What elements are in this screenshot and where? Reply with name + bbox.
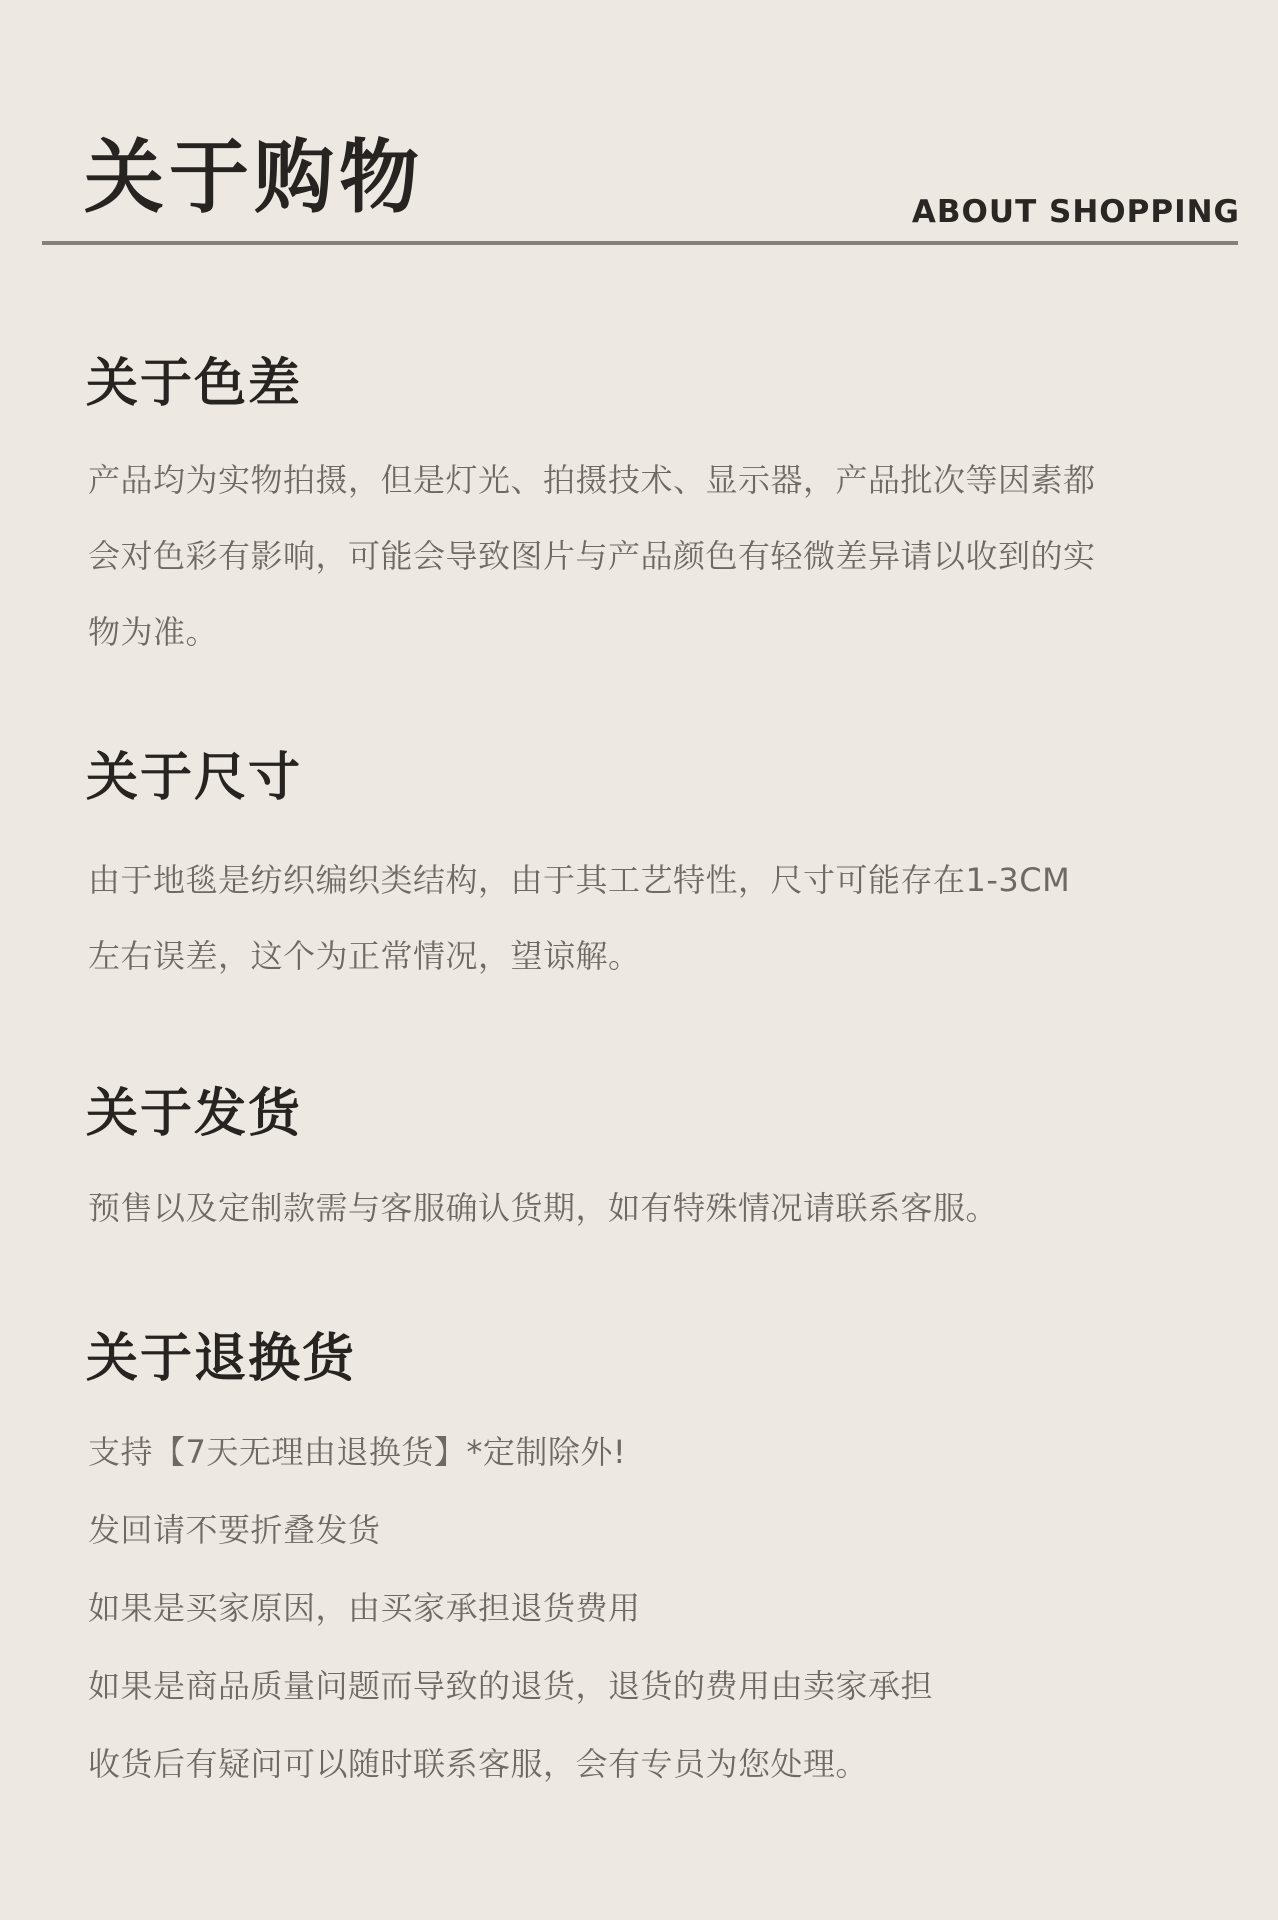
section-heading-shipping: 关于发货 [86,1088,302,1140]
section-heading-size: 关于尺寸 [86,752,302,804]
section-body-size: 由于地毯是纺织编织类结构，由于其工艺特性，尺寸可能存在1-3CM 左右误差，这个… [88,842,1218,994]
paragraph-line: 如果是买家原因，由买家承担退货费用 [88,1569,1218,1647]
paragraph-line: 支持【7天无理由退换货】*定制除外! [88,1413,1218,1491]
paragraph-line: 收货后有疑问可以随时联系客服，会有专员为您处理。 [88,1725,1218,1803]
paragraph-line: 如果是商品质量问题而导致的退货，退货的费用由卖家承担 [88,1647,1218,1725]
paragraph-line: 产品均为实物拍摄，但是灯光、拍摄技术、显示器，产品批次等因素都 [88,442,1218,518]
page-title: 关于购物 [84,138,424,218]
section-body-shipping: 预售以及定制款需与客服确认货期，如有特殊情况请联系客服。 [88,1169,1218,1247]
paragraph-line: 物为准。 [88,594,1218,670]
section-body-returns: 支持【7天无理由退换货】*定制除外! 发回请不要折叠发货 如果是买家原因，由买家… [88,1413,1218,1803]
paragraph-line: 发回请不要折叠发货 [88,1491,1218,1569]
page-subtitle-en: ABOUT SHOPPING [912,197,1240,228]
header-divider [42,241,1238,245]
paragraph-line: 左右误差，这个为正常情况，望谅解。 [88,918,1218,994]
section-heading-returns: 关于退换货 [86,1333,356,1385]
section-heading-color-difference: 关于色差 [86,358,302,410]
section-body-color-difference: 产品均为实物拍摄，但是灯光、拍摄技术、显示器，产品批次等因素都 会对色彩有影响，… [88,442,1218,670]
paragraph-line: 会对色彩有影响，可能会导致图片与产品颜色有轻微差异请以收到的实 [88,518,1218,594]
paragraph-line: 由于地毯是纺织编织类结构，由于其工艺特性，尺寸可能存在1-3CM [88,842,1218,918]
paragraph-line: 预售以及定制款需与客服确认货期，如有特殊情况请联系客服。 [88,1169,1218,1247]
about-shopping-panel: 关于购物 ABOUT SHOPPING 关于色差 产品均为实物拍摄，但是灯光、拍… [0,0,1278,1920]
